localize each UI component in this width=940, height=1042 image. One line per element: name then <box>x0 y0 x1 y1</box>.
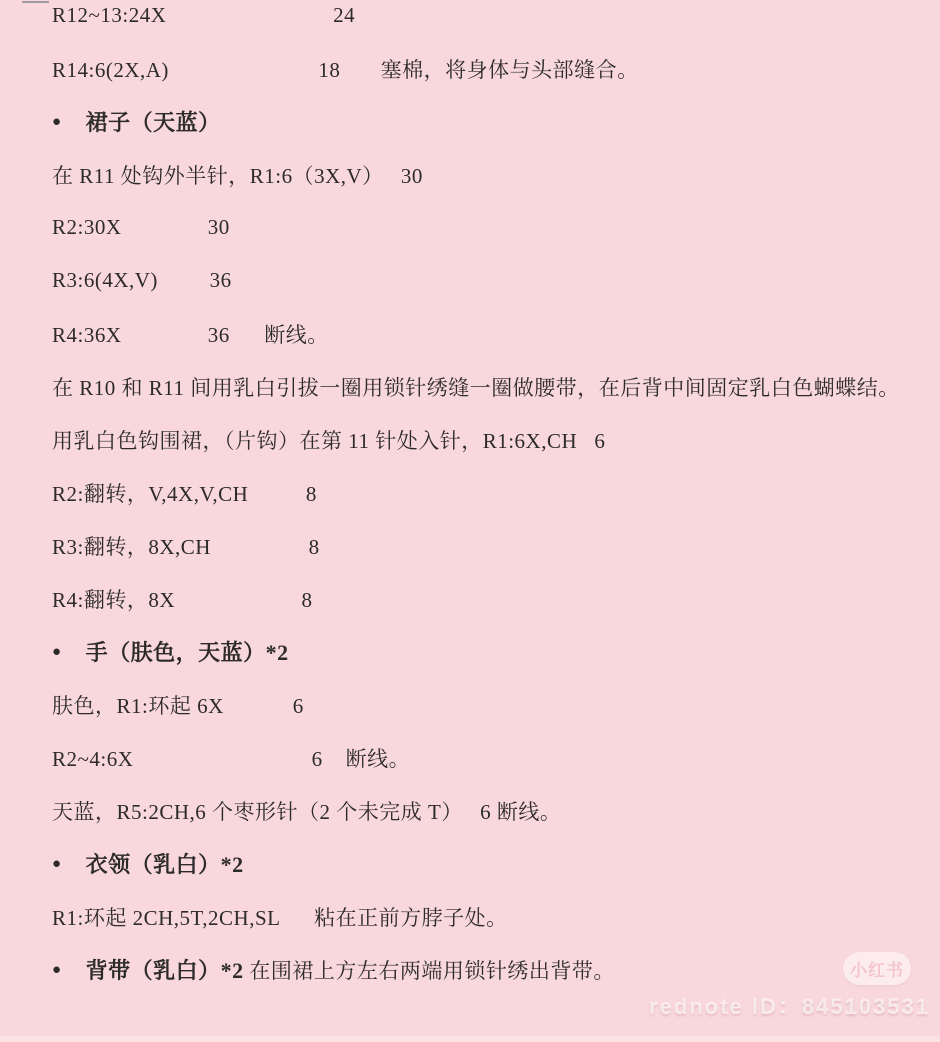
line-text: R12~13:24X 24 <box>52 3 355 28</box>
line-text: 肤色，R1:环起 6X 6 <box>52 690 304 720</box>
pattern-line: R1:环起 2CH,5T,2CH,SL 粘在正前方脖子处。 <box>52 890 940 943</box>
section-title: 背带（乳白）*2 <box>86 954 244 985</box>
line-text: 在 R10 和 R11 间用乳白引拔一圈用锁针绣缝一圈做腰带，在后背中间固定乳白… <box>52 372 900 402</box>
pattern-line: R3:6(4X,V) 36 <box>52 254 940 307</box>
pattern-line: R3:翻转，8X,CH 8 <box>52 519 940 572</box>
bullet-icon: ● <box>52 115 62 130</box>
line-text: R2:30X 30 <box>52 215 230 240</box>
pattern-line: 在 R10 和 R11 间用乳白引拔一圈用锁针绣缝一圈做腰带，在后背中间固定乳白… <box>52 360 940 413</box>
line-text: 在围裙上方左右两端用锁针绣出背带。 <box>244 955 615 985</box>
line-text: 在 R11 处钩外半针，R1:6（3X,V） 30 <box>52 160 423 190</box>
pattern-line: 用乳白色钩围裙，（片钩）在第 11 针处入针，R1:6X,CH 6 <box>52 413 940 466</box>
line-text: R3:6(4X,V) 36 <box>52 268 232 293</box>
pattern-document: R12~13:24X 24R14:6(2X,A) 18 塞棉，将身体与头部缝合。… <box>52 0 940 996</box>
line-text: R1:环起 2CH,5T,2CH,SL 粘在正前方脖子处。 <box>52 902 508 932</box>
pattern-page: { "page": { "background": "#f8d8dc", "te… <box>0 0 940 1042</box>
line-text: R4:36X 36 断线。 <box>52 319 329 349</box>
bottom-edge-fade <box>0 1036 940 1042</box>
section-header-line: ●背带（乳白）*2 在围裙上方左右两端用锁针绣出背带。 <box>52 943 940 996</box>
line-text: 用乳白色钩围裙，（片钩）在第 11 针处入针，R1:6X,CH 6 <box>52 425 605 455</box>
section-header-line: ●衣领（乳白）*2 <box>52 837 940 890</box>
rednote-id-watermark: rednote ID：845103531 <box>649 990 930 1021</box>
line-text: R4:翻转，8X 8 <box>52 584 313 614</box>
pattern-line: R2:30X 30 <box>52 201 940 254</box>
line-text: R14:6(2X,A) 18 塞棉，将身体与头部缝合。 <box>52 54 639 84</box>
pattern-line: R12~13:24X 24 <box>52 0 940 42</box>
pattern-line: 肤色，R1:环起 6X 6 <box>52 678 940 731</box>
pattern-lines: R12~13:24X 24R14:6(2X,A) 18 塞棉，将身体与头部缝合。… <box>52 0 940 996</box>
line-text: R2~4:6X 6 断线。 <box>52 743 410 773</box>
table-border-remnant <box>22 1 49 3</box>
section-header-line: ●手（肤色，天蓝）*2 <box>52 625 940 678</box>
pattern-line: R2:翻转，V,4X,V,CH 8 <box>52 466 940 519</box>
line-text: R2:翻转，V,4X,V,CH 8 <box>52 478 317 508</box>
pattern-line: R4:翻转，8X 8 <box>52 572 940 625</box>
pattern-line: R2~4:6X 6 断线。 <box>52 731 940 784</box>
bullet-icon: ● <box>52 857 62 872</box>
bullet-icon: ● <box>52 645 62 660</box>
section-title: 裙子（天蓝） <box>86 106 221 137</box>
xiaohongshu-badge: 小红书 <box>843 952 911 985</box>
pattern-line: 天蓝，R5:2CH,6 个枣形针（2 个未完成 T） 6 断线。 <box>52 784 940 837</box>
pattern-line: R4:36X 36 断线。 <box>52 307 940 360</box>
section-title: 衣领（乳白）*2 <box>86 848 244 879</box>
pattern-line: 在 R11 处钩外半针，R1:6（3X,V） 30 <box>52 148 940 201</box>
line-text: R3:翻转，8X,CH 8 <box>52 531 320 561</box>
xiaohongshu-badge-label: 小红书 <box>850 956 904 981</box>
bullet-icon: ● <box>52 963 62 978</box>
section-title: 手（肤色，天蓝）*2 <box>86 636 289 667</box>
section-header-line: ●裙子（天蓝） <box>52 95 940 148</box>
line-text: 天蓝，R5:2CH,6 个枣形针（2 个未完成 T） 6 断线。 <box>52 796 561 826</box>
pattern-line: R14:6(2X,A) 18 塞棉，将身体与头部缝合。 <box>52 42 940 95</box>
